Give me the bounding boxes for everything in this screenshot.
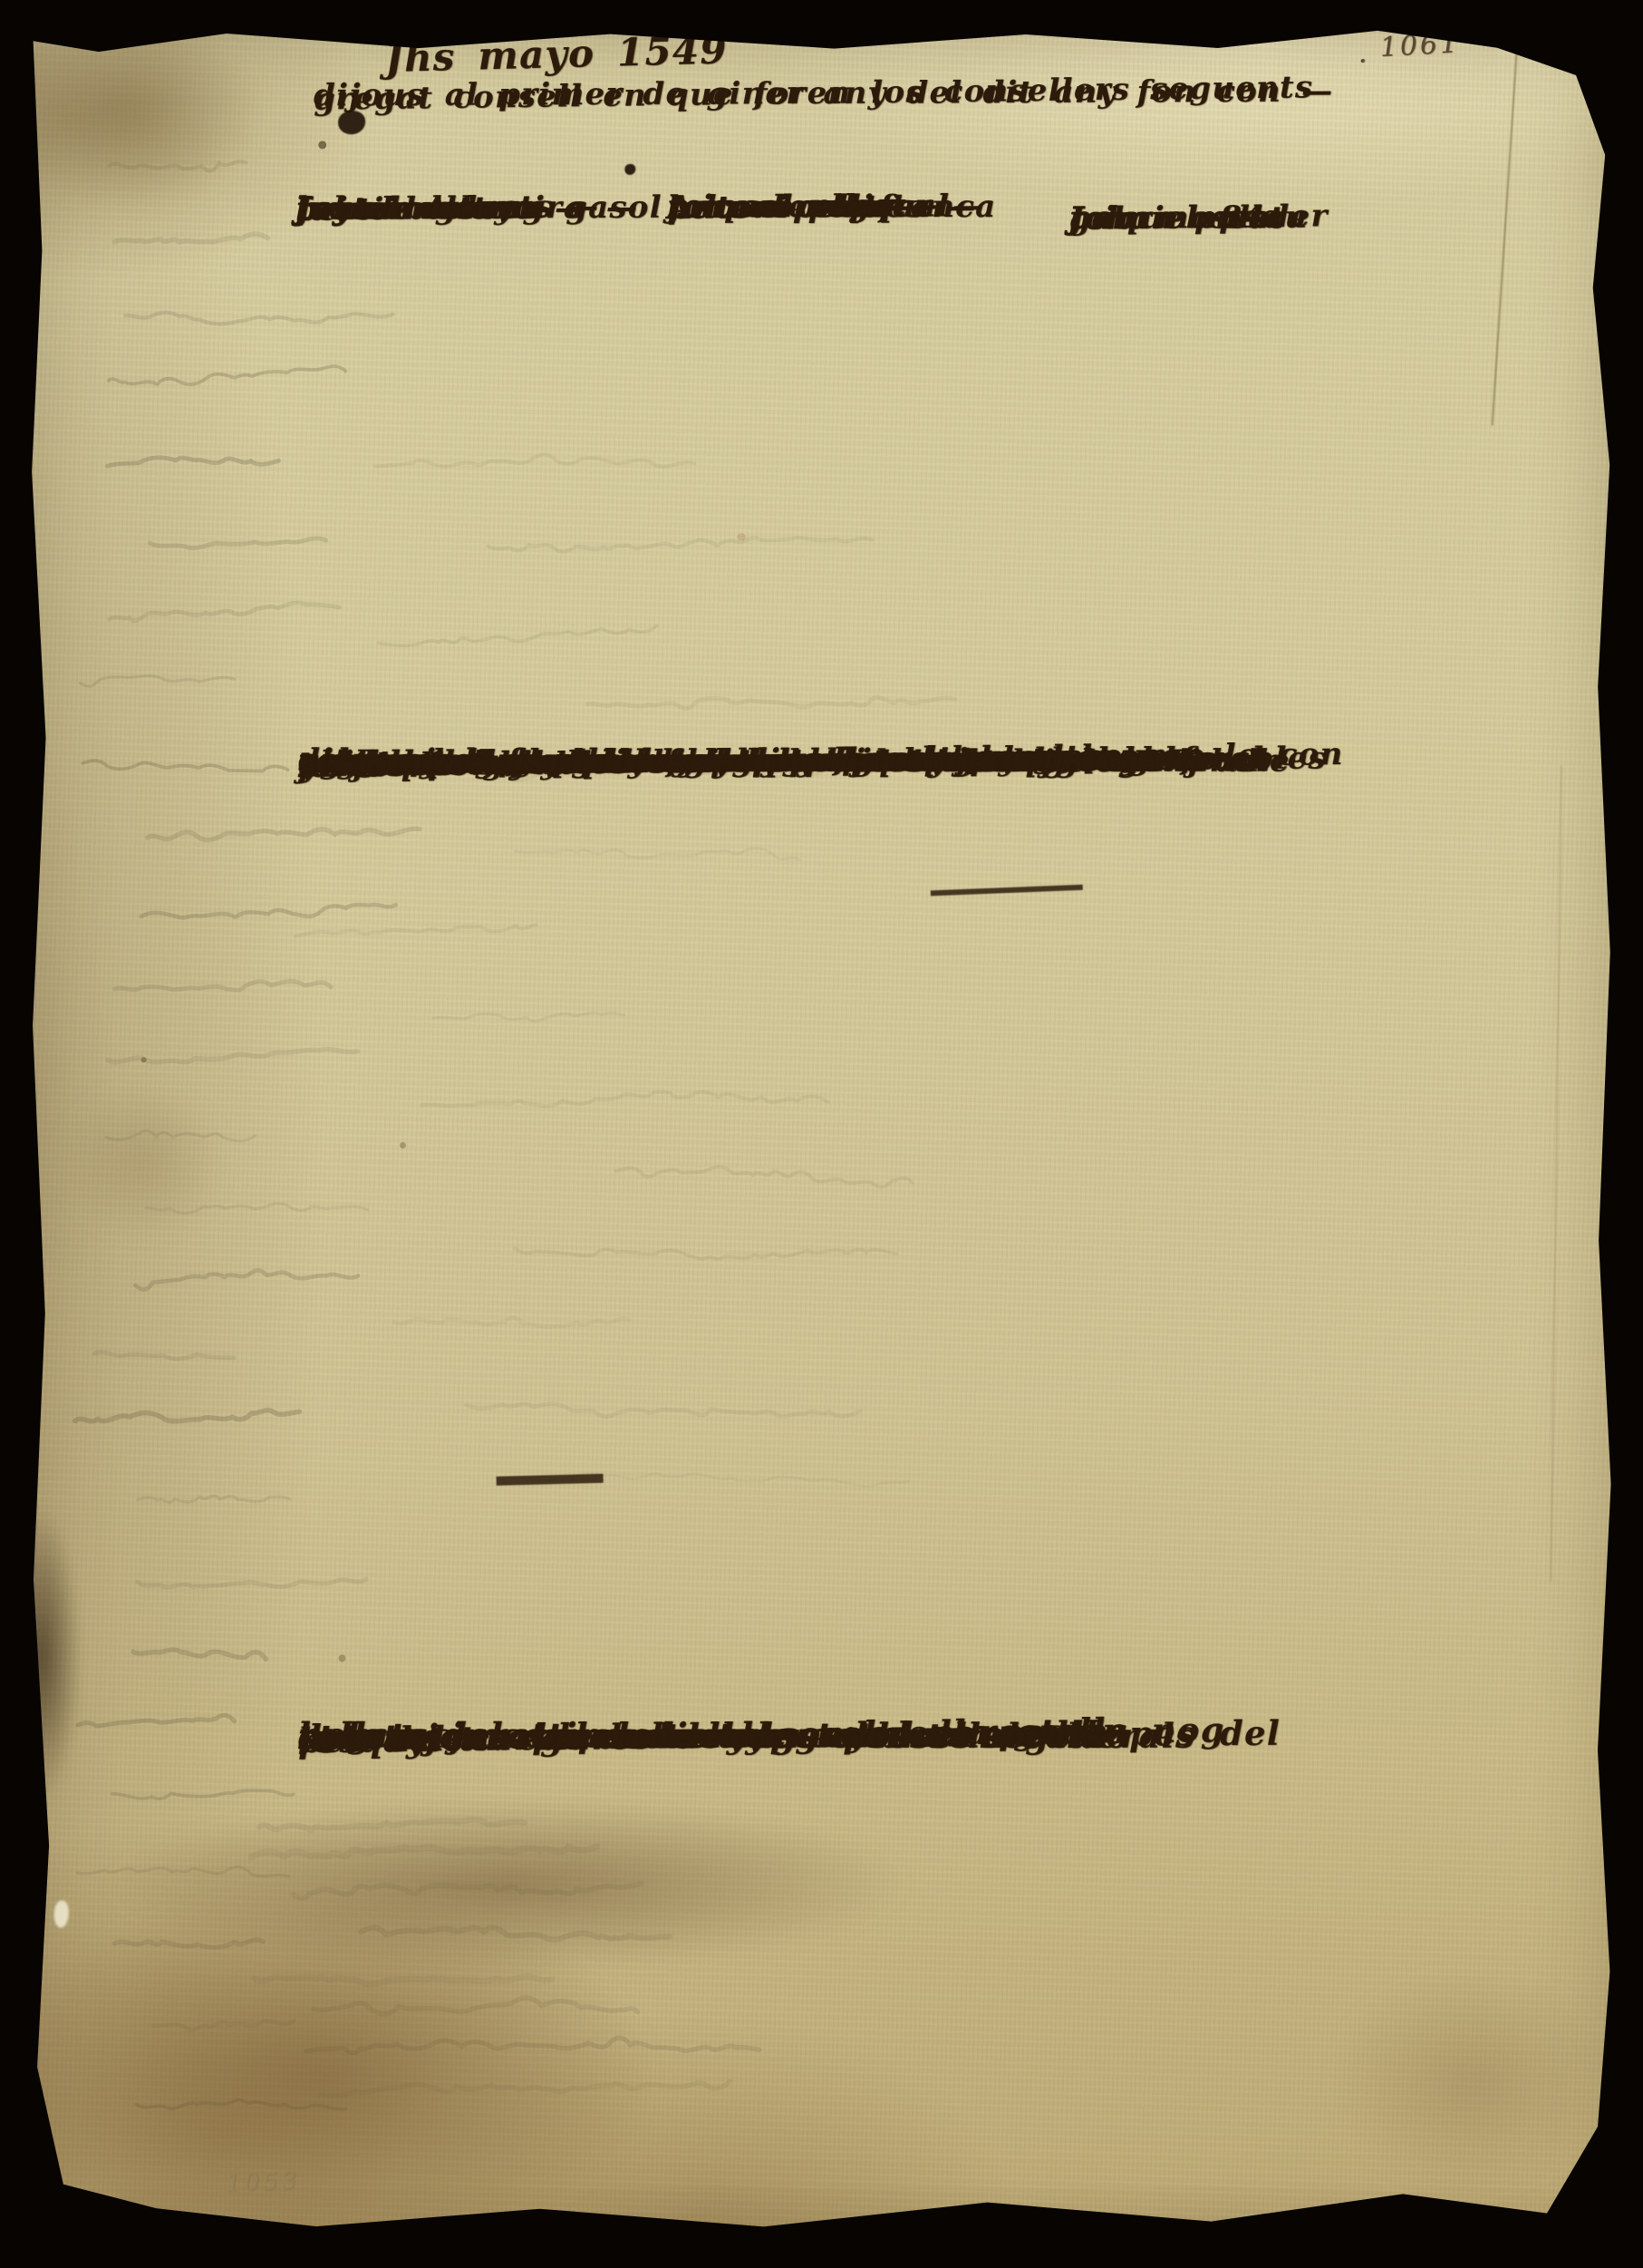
bleedthrough-stroke xyxy=(150,538,326,548)
manuscript-line: rellats jurat e lo senyer e bnt moratxo xyxy=(298,1713,1130,1759)
bleedthrough-stroke xyxy=(544,1472,909,1488)
paper-crease xyxy=(1492,36,1519,425)
bleedthrough-stroke xyxy=(306,2037,759,2053)
bleedthrough-stroke xyxy=(153,2021,295,2031)
ink-blot xyxy=(624,164,635,175)
bleedthrough-stroke xyxy=(107,457,278,466)
bleedthrough-stroke xyxy=(378,625,656,645)
bleedthrough-stroke xyxy=(106,1130,256,1142)
ink-speck xyxy=(339,1654,346,1662)
ink-strikethrough xyxy=(931,885,1083,897)
bleedthrough-stroke xyxy=(394,1317,629,1327)
bleedthrough-stroke xyxy=(109,366,346,384)
bleedthrough-stroke xyxy=(80,675,234,686)
bleedthrough-stroke xyxy=(75,1410,300,1422)
bleedthrough-stroke xyxy=(148,829,420,840)
bleedthrough-stroke xyxy=(146,1203,368,1213)
stain-band xyxy=(108,1798,906,1973)
bleedthrough-stroke xyxy=(109,603,339,621)
councillor-name: miquel 84 xyxy=(1069,198,1267,239)
bleedthrough-stroke xyxy=(587,697,955,709)
bleedthrough-stroke xyxy=(114,1940,263,1948)
bleedthrough-writing xyxy=(19,22,1628,2244)
bleedthrough-stroke xyxy=(78,1715,235,1726)
bleedthrough-stroke xyxy=(295,925,536,936)
bleedthrough-stroke xyxy=(114,234,267,242)
bleedthrough-stroke xyxy=(433,1013,623,1022)
bleedthrough-stroke xyxy=(125,312,392,325)
bleedthrough-stroke xyxy=(138,1579,367,1587)
stain-bottom-left xyxy=(0,1885,662,2268)
folio-dot: . xyxy=(1358,37,1370,69)
bleedthrough-stroke xyxy=(115,981,332,991)
manuscript-page: Jhs mayo 1549 . 1061 dijous al primer de… xyxy=(19,22,1628,2244)
folio-number: 1061 xyxy=(1379,28,1461,64)
bleedthrough-stroke xyxy=(133,1650,266,1660)
bleedthrough-stroke xyxy=(320,2081,730,2095)
ink-speck xyxy=(400,1142,406,1149)
bleedthrough-stroke xyxy=(109,161,246,171)
bleedthrough-stroke xyxy=(137,2099,346,2110)
bleedthrough-stroke xyxy=(108,1049,357,1061)
bleedthrough-stroke xyxy=(77,1866,288,1877)
bleedthrough-stroke xyxy=(135,1270,358,1290)
paper-hole xyxy=(54,1901,69,1928)
councillor-name: Antoni roget xyxy=(667,186,907,229)
bleedthrough-stroke xyxy=(112,1790,294,1798)
bleedthrough-stroke xyxy=(516,848,800,861)
councillor-name: Jaume bonet xyxy=(295,187,535,230)
bleedthrough-stroke xyxy=(488,538,872,552)
ink-speck xyxy=(737,533,746,540)
bleedthrough-stroke xyxy=(251,1846,596,1856)
faint-shelfmark: 1053 xyxy=(225,2167,300,2197)
bleedthrough-stroke xyxy=(375,454,694,468)
stain-mid-left xyxy=(51,1080,233,1244)
bleedthrough-stroke xyxy=(293,1884,641,1898)
stain-bottom-right xyxy=(1323,1962,1623,2198)
ink-strikethrough xyxy=(497,1474,604,1486)
manuscript-line: reg dona res de res de mareia que no ste… xyxy=(298,738,1158,784)
manuscript-line: res xyxy=(298,741,357,784)
bleedthrough-stroke xyxy=(466,1402,860,1418)
bleedthrough-stroke xyxy=(141,905,396,918)
ink-speck xyxy=(141,1057,147,1062)
bleedthrough-stroke xyxy=(361,1926,670,1941)
bleedthrough-stroke xyxy=(255,1975,552,1984)
bleedthrough-stroke xyxy=(515,1247,896,1260)
paper-crease xyxy=(1550,765,1562,1581)
ink-speck xyxy=(318,141,326,149)
stain-top-left-corner xyxy=(0,10,265,210)
bleedthrough-stroke xyxy=(137,1496,289,1502)
bleedthrough-stroke xyxy=(314,1997,638,2014)
bleedthrough-stroke xyxy=(259,1819,525,1830)
bleedthrough-stroke xyxy=(421,1091,828,1107)
scan-backdrop: Jhs mayo 1549 . 1061 dijous al primer de… xyxy=(0,0,1643,2268)
bleedthrough-stroke xyxy=(94,1352,234,1359)
edge-tatter-dark xyxy=(0,1507,82,1806)
bleedthrough-stroke xyxy=(82,760,287,771)
bleedthrough-stroke xyxy=(616,1166,913,1188)
